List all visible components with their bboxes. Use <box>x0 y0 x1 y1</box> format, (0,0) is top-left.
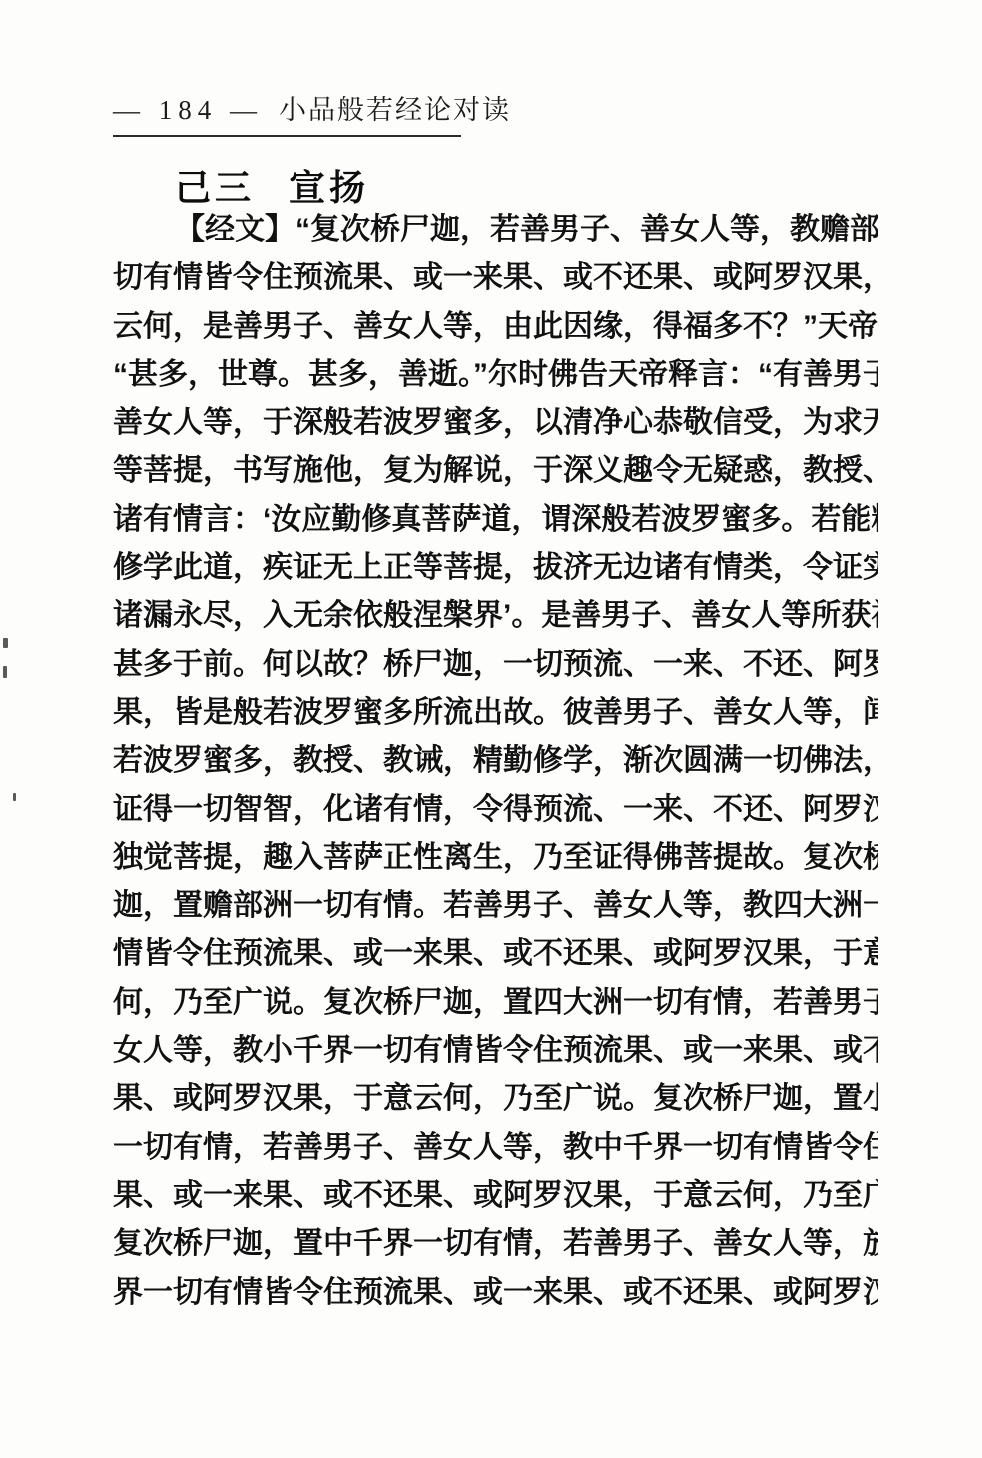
running-header: — 184 — 小品般若经论对读 <box>113 88 461 137</box>
text-line: 等菩提，书写施他，复为解说，于深义趣令无疑惑，教授、教诫 <box>113 447 878 495</box>
text-line: 善女人等，于深般若波罗蜜多，以清净心恭敬信受，为求无上正 <box>113 399 878 447</box>
text-line: 诸有情言：‘汝应勤修真菩萨道，谓深般若波罗蜜多。若能精勤 <box>113 496 878 544</box>
text-line: 证得一切智智，化诸有情，令得预流、一来、不还、阿罗汉果、 <box>113 786 878 834</box>
text-line: 女人等，教小千界一切有情皆令住预流果、或一来果、或不还 <box>113 1027 878 1075</box>
text-line: 修学此道，疾证无上正等菩提，拔济无边诸有情类，令证实际， <box>113 544 878 592</box>
text-line: 果，皆是般若波罗蜜多所流出故。彼善男子、善女人等，闻深般 <box>113 689 878 737</box>
scan-speck <box>3 638 8 648</box>
text-line: 【经文】“复次桥尸迦，若善男子、善女人等，教赡部洲一 <box>113 206 878 254</box>
book-title: 小品般若经论对读 <box>279 88 511 127</box>
text-line: 一切有情，若善男子、善女人等，教中千界一切有情皆令住预流 <box>113 1124 878 1172</box>
text-line: 果、或阿罗汉果，于意云何，乃至广说。复次桥尸迦，置小千界 <box>113 1075 878 1123</box>
text-line: 界一切有情皆令住预流果、或一来果、或不还果、或阿罗汉果， <box>113 1269 878 1317</box>
text-line: 情皆令住预流果、或一来果、或不还果、或阿罗汉果，于意云 <box>113 930 878 978</box>
section-heading: 己三 宣扬 <box>175 160 369 211</box>
text-line: 何，乃至广说。复次桥尸迦，置四大洲一切有情，若善男子、善 <box>113 979 878 1027</box>
text-line: 迦，置赡部洲一切有情。若善男子、善女人等，教四大洲一切有 <box>113 882 878 930</box>
text-line: 甚多于前。何以故？桥尸迦，一切预流、一来、不还、阿罗汉 <box>113 641 878 689</box>
text-line: 云何，是善男子、善女人等，由此因缘，得福多不？”天帝释言： <box>113 303 878 351</box>
section-title: 宣扬 <box>289 160 369 211</box>
text-line: 复次桥尸迦，置中千界一切有情，若善男子、善女人等，放大千 <box>113 1220 878 1268</box>
scan-speck <box>13 793 16 801</box>
text-line: 切有情皆令住预流果、或一来果、或不还果、或阿罗汉果，于意 <box>113 254 878 302</box>
text-line: 若波罗蜜多，教授、教诫，精勤修学，渐次圆满一切佛法，乃至 <box>113 737 878 785</box>
page-number: — 184 — <box>113 95 263 126</box>
text-line: 诸漏永尽，入无余依般涅槃界’。是善男子、善女人等所获福聚， <box>113 592 878 640</box>
scan-speck <box>3 666 7 678</box>
text-line: 独觉菩提，趣入菩萨正性离生，乃至证得佛菩提故。复次桥尸 <box>113 834 878 882</box>
scripture-paragraph: 【经文】“复次桥尸迦，若善男子、善女人等，教赡部洲一 切有情皆令住预流果、或一来… <box>113 206 878 1317</box>
section-number: 己三 <box>175 160 255 211</box>
book-page: — 184 — 小品般若经论对读 己三 宣扬 【经文】“复次桥尸迦，若善男子、善… <box>0 0 982 1458</box>
text-line: 果、或一来果、或不还果、或阿罗汉果，于意云何，乃至广说。 <box>113 1172 878 1220</box>
text-line: “甚多，世尊。甚多，善逝。”尔时佛告天帝释言：“有善男子、 <box>113 351 878 399</box>
